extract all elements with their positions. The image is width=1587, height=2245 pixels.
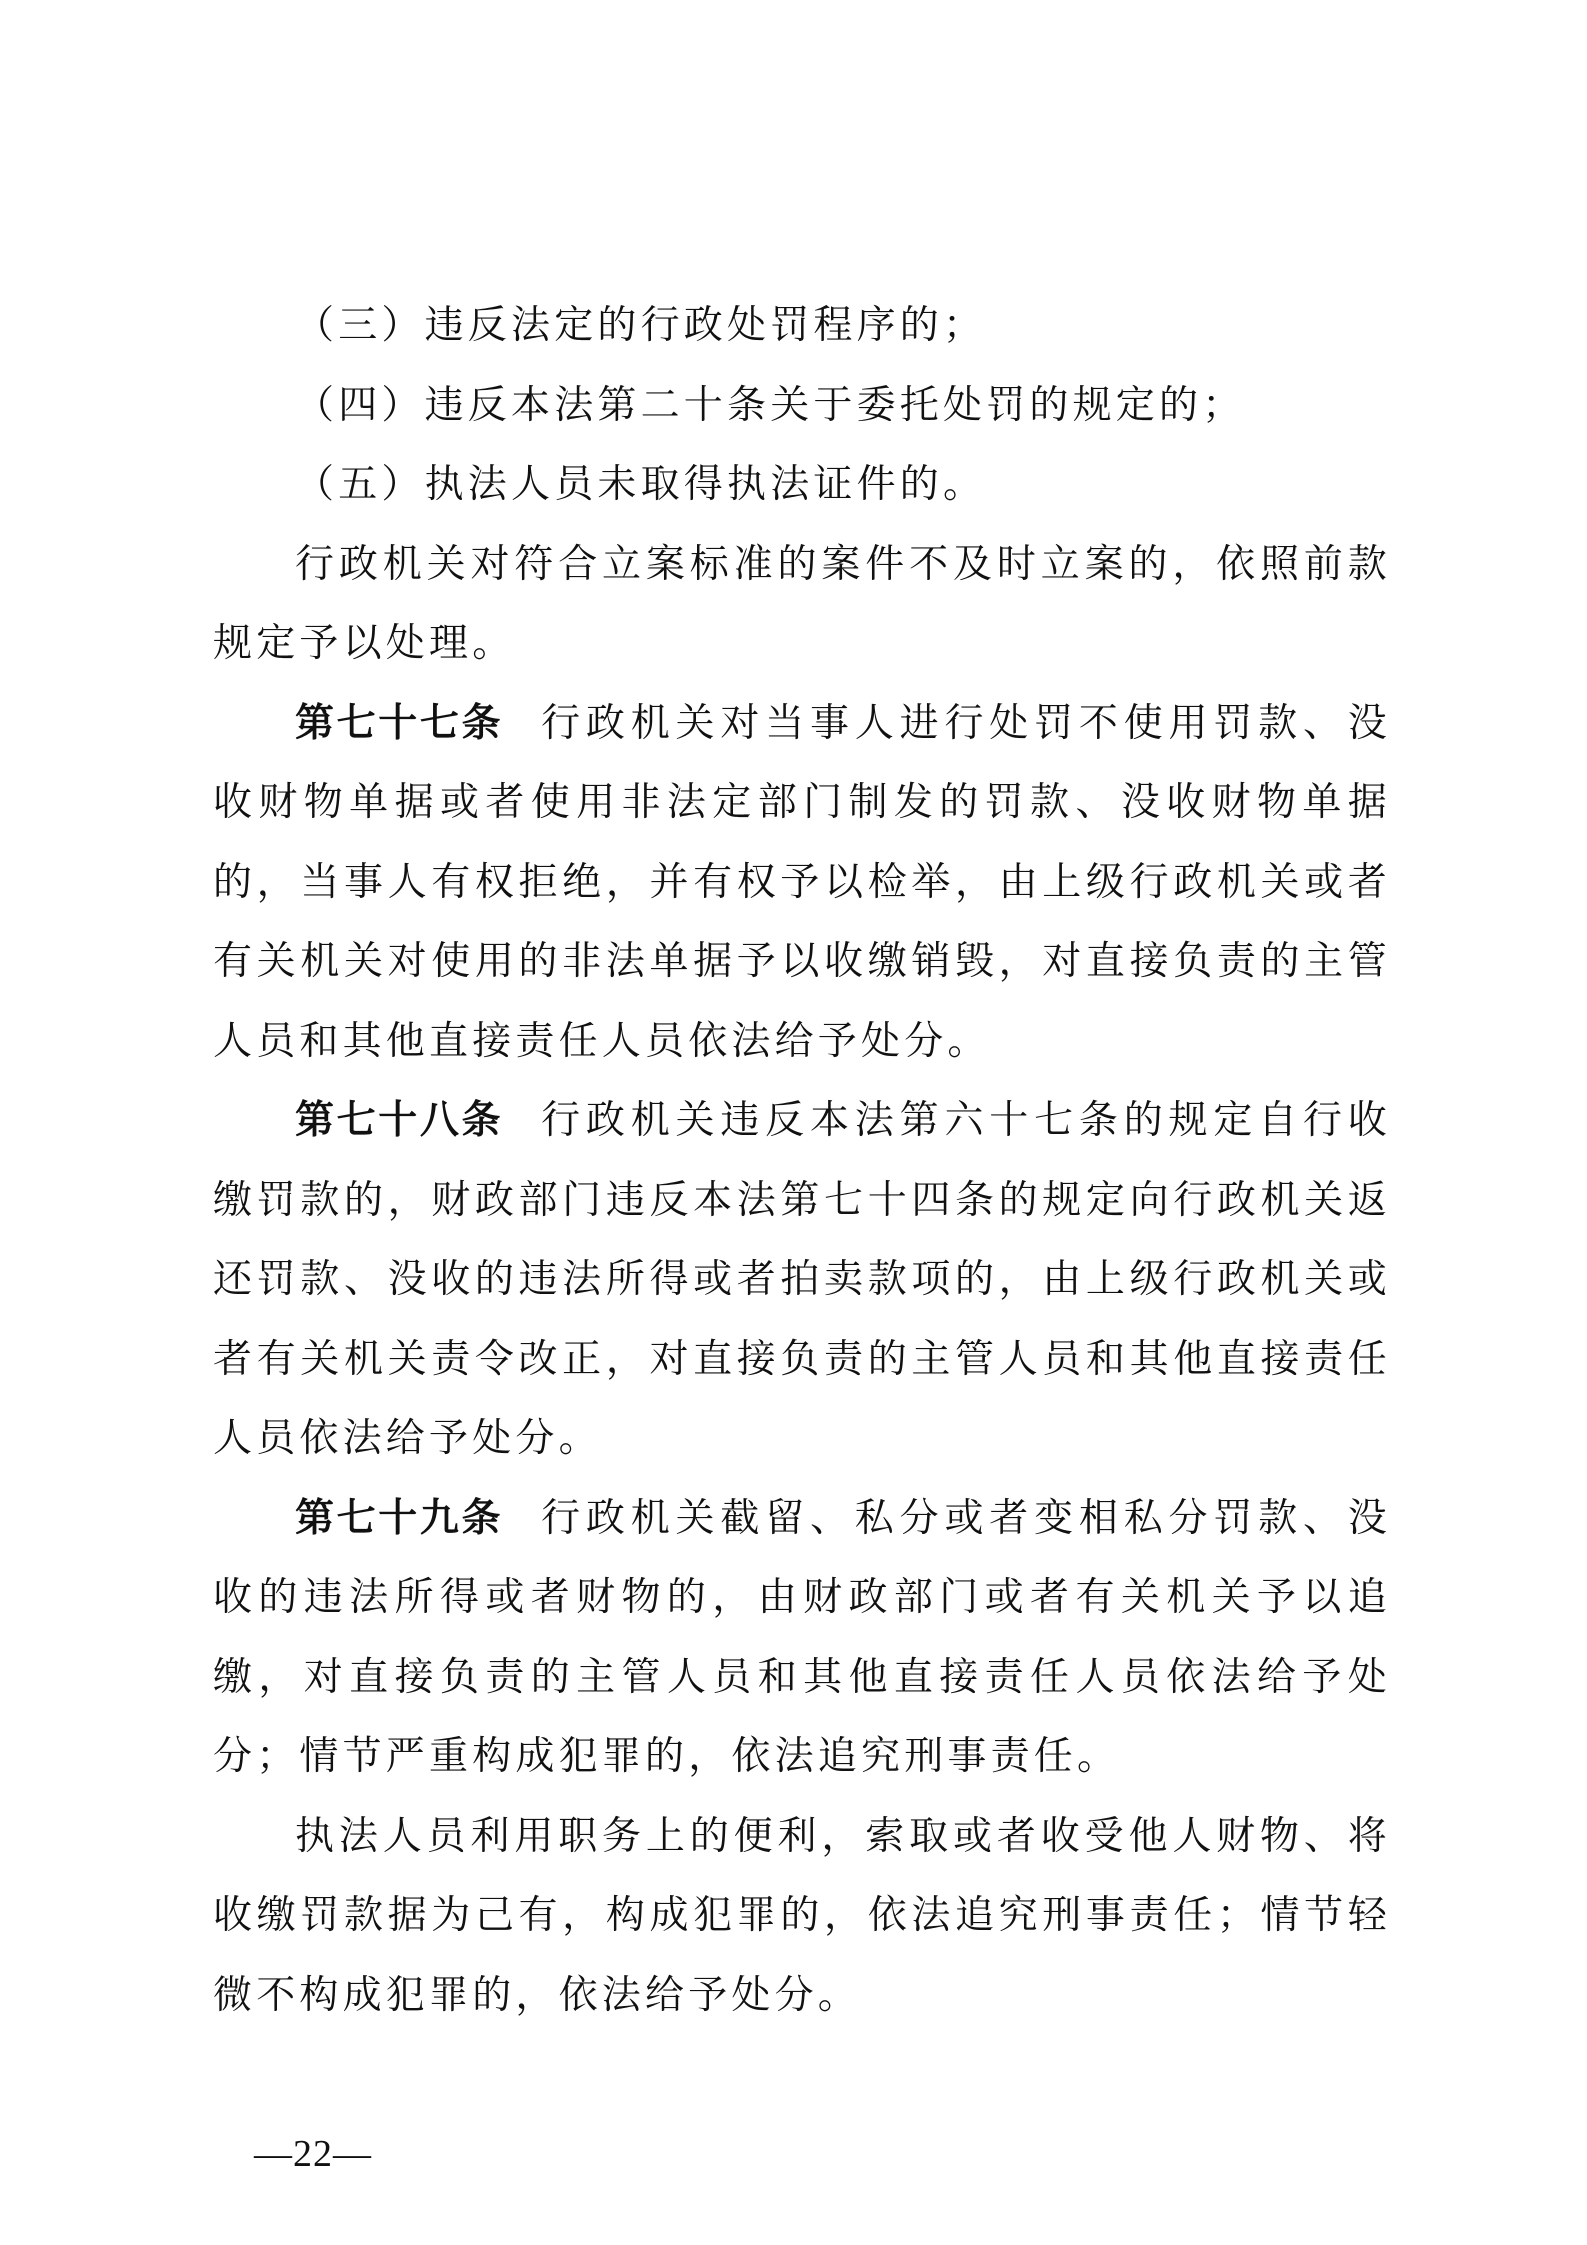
article-body: 行政机关对当事人进行处罚不使用罚款、没收财物单据或者使用非法定部门制发的罚款、没…	[213, 701, 1391, 1064]
list-item-3: （三）违反法定的行政处罚程序的；	[213, 286, 1391, 366]
document-body: （三）违反法定的行政处罚程序的； （四）违反本法第二十条关于委托处罚的规定的； …	[213, 286, 1391, 2035]
paragraph-law-enforcement-personnel: 执法人员利用职务上的便利，索取或者收受他人财物、将收缴罚款据为己有，构成犯罪的，…	[213, 1797, 1391, 2036]
article-78: 第七十八条行政机关违反本法第六十七条的规定自行收缴罚款的，财政部门违反本法第七十…	[213, 1081, 1391, 1479]
article-79: 第七十九条行政机关截留、私分或者变相私分罚款、没收的违法所得或者财物的，由财政部…	[213, 1479, 1391, 1797]
item-label: （五）	[295, 462, 425, 507]
list-item-5: （五）执法人员未取得执法证件的。	[213, 445, 1391, 525]
item-label: （四）	[295, 383, 425, 428]
list-item-4: （四）违反本法第二十条关于委托处罚的规定的；	[213, 366, 1391, 446]
article-title: 第七十九条	[295, 1496, 503, 1541]
page-number: —22—	[254, 2132, 372, 2176]
article-77: 第七十七条行政机关对当事人进行处罚不使用罚款、没收财物单据或者使用非法定部门制发…	[213, 684, 1391, 1082]
article-title: 第七十七条	[295, 701, 503, 746]
article-body: 行政机关违反本法第六十七条的规定自行收缴罚款的，财政部门违反本法第七十四条的规定…	[213, 1098, 1391, 1461]
article-title: 第七十八条	[295, 1098, 503, 1143]
paragraph-filing-standard: 行政机关对符合立案标准的案件不及时立案的，依照前款规定予以处理。	[213, 525, 1391, 684]
item-text: 违反本法第二十条关于委托处罚的规定的；	[425, 383, 1246, 428]
item-text: 违反法定的行政处罚程序的；	[425, 303, 987, 348]
item-text: 执法人员未取得执法证件的。	[425, 462, 987, 507]
item-label: （三）	[295, 303, 425, 348]
